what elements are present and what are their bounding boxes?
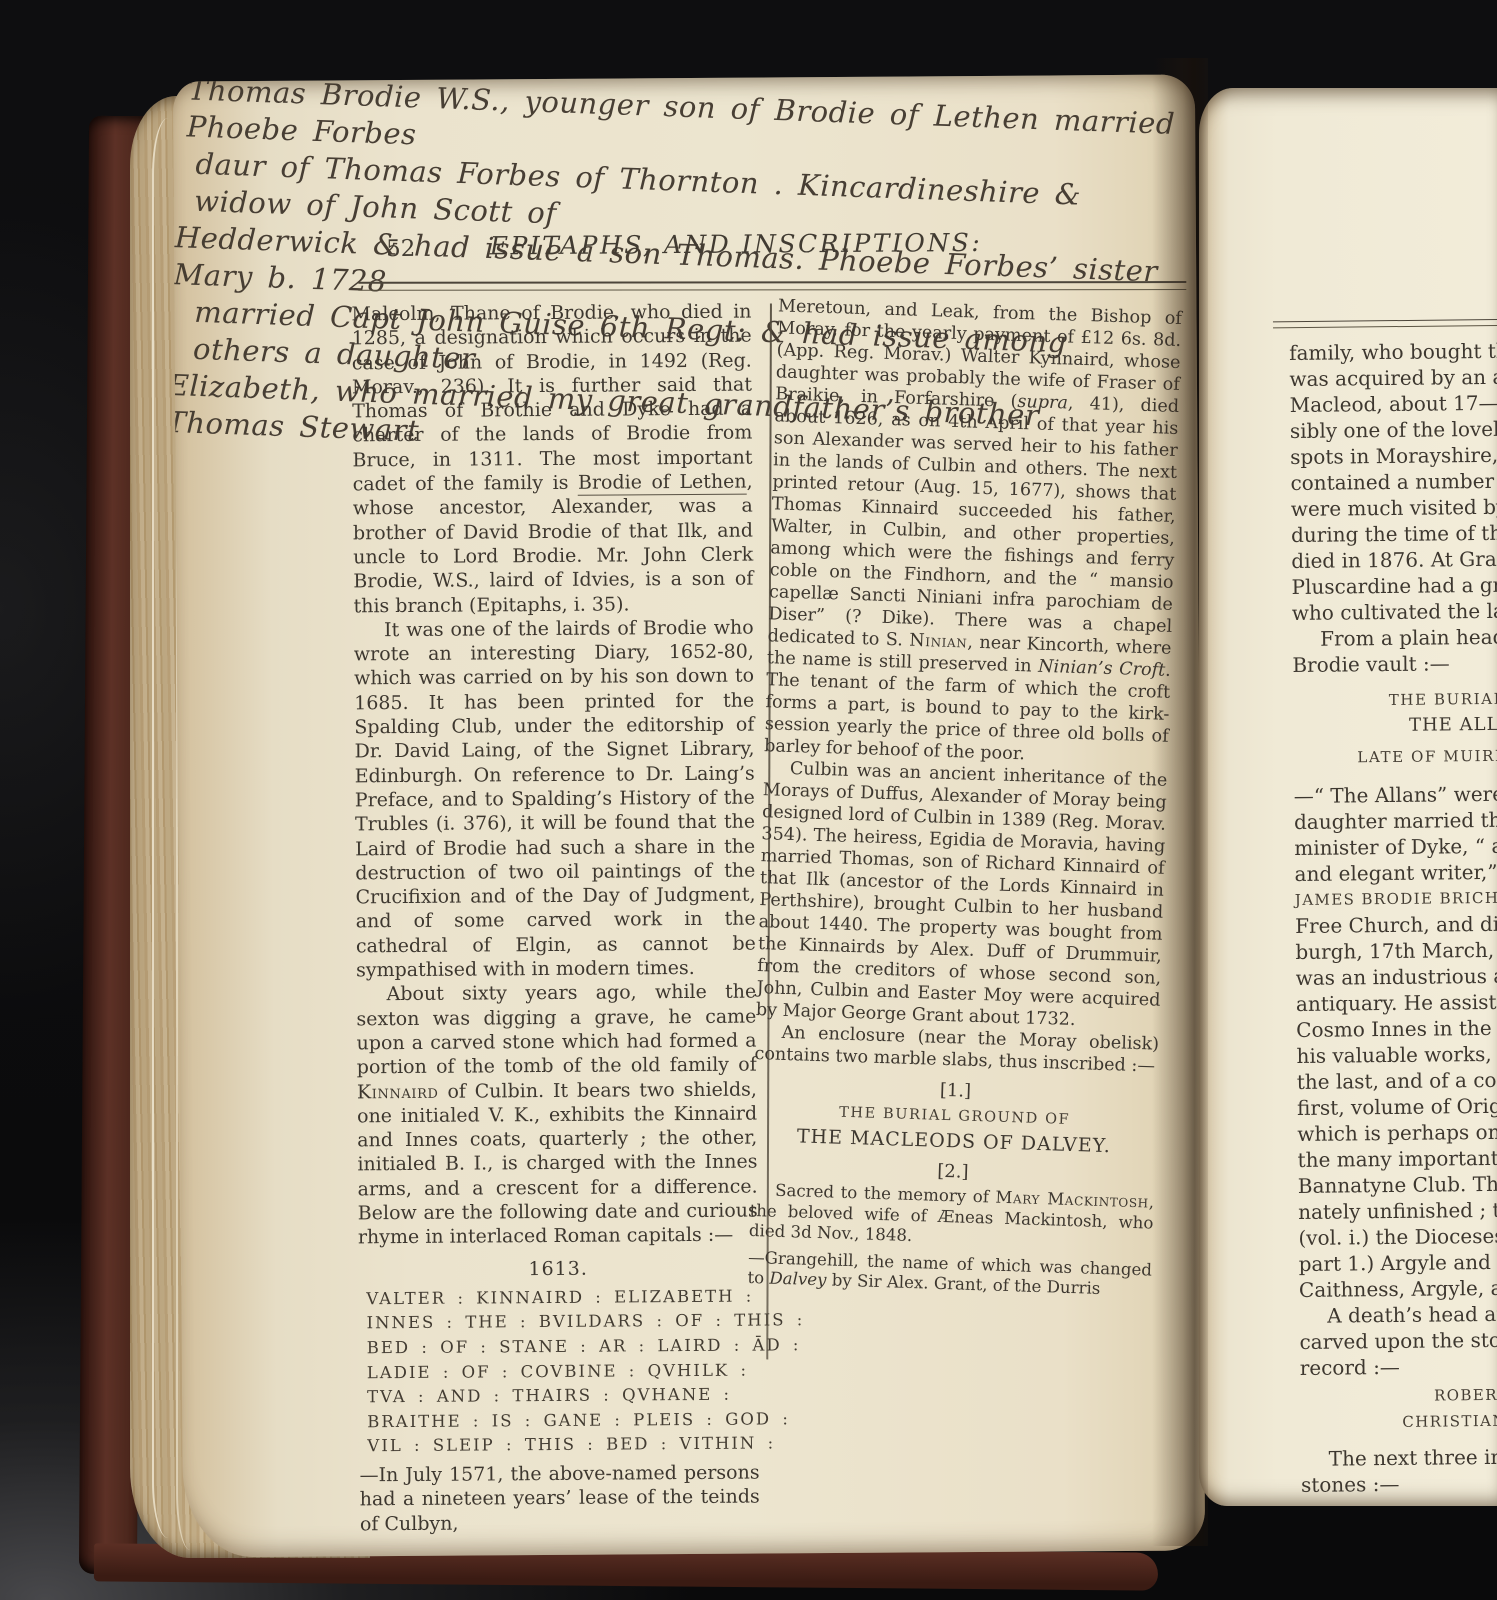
text-line: Cosmo Innes in the con (1296, 1014, 1497, 1043)
text-line: antiquary. He assisted (1296, 988, 1497, 1017)
text-segment: Dalvey (769, 1269, 827, 1290)
text-line: Pluscardine had a grange (1291, 571, 1497, 600)
text-segment: of Culbin. It bears two shields, one ini… (357, 1078, 758, 1249)
paragraph: About sixty years ago, while the sexton … (356, 980, 758, 1250)
text-line: Macleod, about 17—. A (1290, 389, 1497, 418)
left-page: Thomas Brodie W.S., younger son of Brodi… (173, 74, 1205, 1557)
clipped-text-column: family, who bought the pwas acquired by … (1289, 337, 1497, 1497)
text-line: Caithness, Argyle, and the (1299, 1274, 1497, 1303)
text-line: minister of Dyke, “ an (1294, 832, 1497, 861)
paragraph: —In July 1571, the above-named persons h… (360, 1461, 760, 1537)
header-double-rule (1273, 319, 1497, 329)
paragraph: Meretoun, and Leak, from the Bishop of M… (764, 295, 1182, 769)
paragraph: Culbin was an ancient inheritance of the… (756, 757, 1168, 1034)
text-line: VALTER : KINNAIRD : ELIZABETH : (366, 1284, 758, 1311)
text-line: stones :— (1301, 1469, 1497, 1498)
paragraph: It was one of the lairds of Brodie who w… (354, 615, 757, 982)
text-line: the last, and of a conside (1297, 1066, 1497, 1095)
text-line: JAMES BRODIE BRICHAN, (1295, 884, 1497, 913)
text-line: during the time of the (1291, 519, 1497, 548)
running-header: EPITAPHS, AND INSCRIPTIONS: (324, 227, 1148, 262)
text-line: (vol. i.) the Dioceses o (1298, 1222, 1497, 1251)
text-line: was acquired by an anc (1289, 363, 1497, 392)
text-segment: Mary Mackintosh (995, 1188, 1149, 1212)
text-line: THE ALL (1409, 711, 1497, 738)
left-column: Malcolm, Thane of Brodie, who died in 12… (351, 300, 760, 1537)
text-line: family, who bought the p (1289, 337, 1497, 366)
text-line: carved upon the stone wh (1299, 1326, 1497, 1355)
text-segment: , 41), died about 1626, as on 4th April … (767, 394, 1179, 651)
book-photograph: Thomas Brodie W.S., younger son of Brodi… (0, 0, 1497, 1600)
text-line: first, volume of Origines (1297, 1092, 1497, 1121)
text-line: his valuable works, and (1296, 1040, 1497, 1069)
text-segment: Brodie of Lethen (578, 471, 747, 496)
text-line: THE BURIAL I (1389, 685, 1497, 713)
text-segment: About sixty years ago, while the sexton … (356, 981, 756, 1079)
text-line: contained a number of rar (1290, 467, 1497, 496)
text-line: A death’s head and cros (1299, 1300, 1497, 1329)
paragraph: Malcolm, Thane of Brodie, who died in 12… (351, 300, 753, 619)
text-segment: Malcolm, Thane of Brodie, who died in 12… (351, 301, 752, 496)
text-line: record :— (1300, 1352, 1497, 1381)
text-line: VIL : SLEIP : THIS : BED : VITHIN : (367, 1432, 759, 1459)
inscription-date-heading: 1613. (358, 1255, 758, 1282)
text-line: INNES : THE : BVILDARS : OF : THIS : (366, 1309, 758, 1336)
slab-inscription-text: Sacred to the memory of Mary Mackintosh,… (749, 1180, 1155, 1254)
text-line: LADIE : OF : COVBINE : QVHILK : (367, 1358, 759, 1385)
text-line: sibly one of the loveliest (1290, 415, 1497, 444)
text-line: daughter married the Rev (1294, 806, 1497, 835)
text-line: ROBERT CO (1434, 1381, 1497, 1408)
text-line: From a plain headstor (1292, 623, 1497, 652)
text-segment: Ninian (909, 631, 968, 653)
text-line: nately unfinished ; the por (1298, 1196, 1497, 1225)
stone-inscription-block: VALTER : KINNAIRD : ELIZABETH :INNES : T… (366, 1284, 759, 1459)
text-segment: Ninian’s Croft (1038, 657, 1166, 681)
text-line: and elegant writer,” who (1294, 858, 1497, 887)
text-line: part 1.) Argyle and the (1299, 1248, 1497, 1277)
text-line: were much visited by (1291, 493, 1497, 522)
text-line: —“ The Allans” were a (1294, 780, 1497, 809)
text-line: TVA : AND : THAIRS : QVHANE : (367, 1383, 759, 1410)
text-line: died in 1876. At Gran (1291, 545, 1497, 574)
text-line: CHRISTIAN MAW (1402, 1407, 1497, 1434)
text-line: LATE OF MUIRHA (1357, 742, 1497, 770)
text-line: Free Church, and died (1295, 910, 1497, 939)
text-line: The next three inscrip (1301, 1443, 1497, 1472)
text-line: who cultivated the land. (1292, 597, 1497, 626)
text-line: the many important wor (1297, 1144, 1497, 1173)
text-line: Bannatyne Club. This g (1298, 1170, 1497, 1199)
text-line: Brodie vault :— (1292, 649, 1497, 678)
header-double-rule (358, 281, 1186, 291)
right-page-partial: family, who bought the pwas acquired by … (1199, 88, 1497, 1506)
text-line: burgh, 17th March, 1864 (1295, 936, 1497, 965)
text-line: which is perhaps one of (1297, 1118, 1497, 1147)
editor-note: —Grangehill, the name of which was chang… (747, 1248, 1152, 1302)
text-line: was an industrious and (1296, 962, 1497, 991)
text-line: spots in Morayshire, and (1290, 441, 1497, 470)
text-segment: supra (1017, 392, 1068, 414)
text-line: BED : OF : STANE : AR : LAIRD : ĀD : (367, 1334, 759, 1361)
text-line: BRAITHE : IS : GANE : PLEIS : GOD : (367, 1407, 759, 1434)
text-segment: Kinnaird (357, 1080, 439, 1103)
right-column: Meretoun, and Leak, from the Bishop of M… (747, 295, 1182, 1301)
